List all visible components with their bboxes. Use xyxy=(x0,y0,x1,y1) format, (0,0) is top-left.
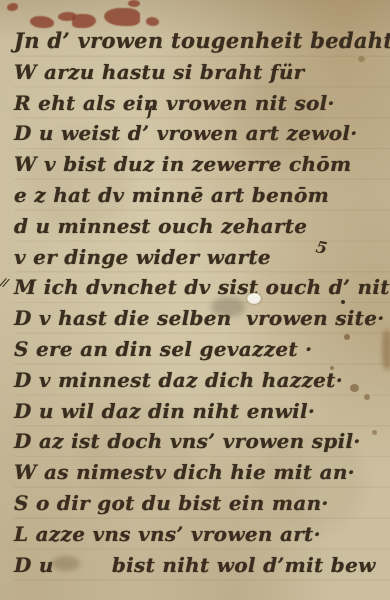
stain-dot xyxy=(330,366,334,370)
edge-stain xyxy=(382,330,390,370)
red-pigment-patch xyxy=(104,8,140,26)
manuscript-line: S ere an din sel gevazzet · xyxy=(14,334,390,365)
manuscript-line: L azze vns vns’ vrowen art· xyxy=(14,519,390,550)
ink-smudge xyxy=(211,297,245,317)
manuscript-line: W arzu hastu si braht für xyxy=(14,57,390,88)
superscript-s-mark: ſ xyxy=(147,104,153,120)
red-pigment-patch xyxy=(7,3,18,11)
manuscript-line: S o dir got du bist ein man· xyxy=(14,488,390,519)
text-block: Jn d’ vrowen tougenheit bedaht W arzu ha… xyxy=(14,26,390,582)
stain-dot xyxy=(364,394,370,400)
stain-dot xyxy=(358,56,365,62)
stain-dot xyxy=(372,430,377,435)
manuscript-line: d u minnest ouch zeharte xyxy=(14,211,390,242)
ink-smudge xyxy=(52,556,80,571)
manuscript-line: e z hat dv minnē art benōm xyxy=(14,180,390,211)
stain-dot xyxy=(341,300,345,304)
manuscript-line: Jn d’ vrowen tougenheit bedaht xyxy=(14,26,390,57)
manuscript-line: D v hast die selben vrowen site· xyxy=(14,303,390,334)
manuscript-line: D u wil daz din niht enwil· xyxy=(14,396,390,427)
wormhole xyxy=(247,293,261,304)
manuscript-line: M ich dvnchet dv sist ouch d’ nit xyxy=(14,272,390,303)
manuscript-line: D v minnest daz dich hazzet· xyxy=(14,365,390,396)
manuscript-line: D u weist d’ vrowen art zewol· xyxy=(14,118,390,149)
stain-dot xyxy=(344,334,350,340)
margin-slashes-mark: // xyxy=(0,275,9,289)
manuscript-line: R eht als ein vrowen nit sol· xyxy=(14,88,390,119)
manuscript-line: W as nimestv dich hie mit an· xyxy=(14,457,390,488)
manuscript-page: Jn d’ vrowen tougenheit bedaht W arzu ha… xyxy=(0,0,390,600)
manuscript-line: v er dinge wider warte xyxy=(14,242,390,273)
manuscript-line: W v bist duz in zewerre chōm xyxy=(14,149,390,180)
red-pigment-patch xyxy=(128,0,140,7)
stain-dot xyxy=(350,384,359,392)
manuscript-line: D az ist doch vns’ vrowen spil· xyxy=(14,426,390,457)
red-pigment-patch xyxy=(146,17,159,26)
